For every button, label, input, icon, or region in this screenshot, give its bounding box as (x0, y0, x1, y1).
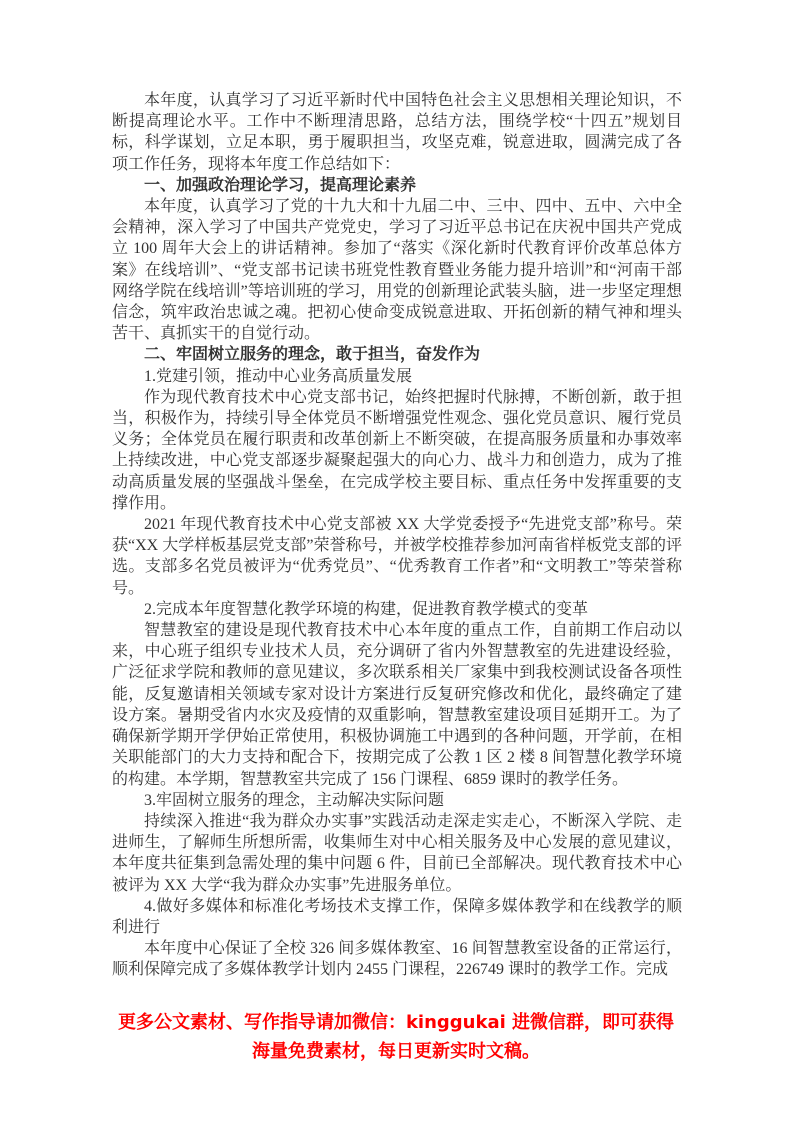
item-2-paragraph: 智慧教室的建设是现代教育技术中心本年度的重点工作，自前期工作启动以来，中心班子组… (112, 620, 682, 790)
section-1-heading: 一、加强政治理论学习，提高理论素养 (112, 175, 682, 196)
intro-paragraph: 本年度，认真学习了习近平新时代中国特色社会主义思想相关理论知识，不断提高理论水平… (112, 90, 682, 175)
promo-footer: 更多公文素材、写作指导请加微信：kinggukai 进微信群，即可获得 海量免费… (56, 1008, 736, 1066)
item-3-paragraph: 持续深入推进“我为群众办实事”实践活动走深走实走心，不断深入学院、走进师生，了解… (112, 811, 682, 896)
promo-footer-line-1: 更多公文素材、写作指导请加微信：kinggukai 进微信群，即可获得 (56, 1008, 736, 1037)
item-3-title: 3.牢固树立服务的理念，主动解决实际问题 (112, 790, 682, 811)
item-2-title: 2.完成本年度智慧化教学环境的构建，促进教育教学模式的变革 (112, 599, 682, 620)
item-1-paragraph: 作为现代教育技术中心党支部书记，始终把握时代脉搏，不断创新，敢于担当，积极作为，… (112, 387, 682, 514)
document-body: 本年度，认真学习了习近平新时代中国特色社会主义思想相关理论知识，不断提高理论水平… (112, 90, 682, 981)
section-1-paragraph: 本年度，认真学习了党的十九大和十九届二中、三中、四中、五中、六中全会精神，深入学… (112, 196, 682, 344)
item-1-title: 1.党建引领，推动中心业务高质量发展 (112, 366, 682, 387)
document-page: 本年度，认真学习了习近平新时代中国特色社会主义思想相关理论知识，不断提高理论水平… (0, 0, 793, 1122)
item-4-title: 4.做好多媒体和标准化考场技术支撑工作，保障多媒体教学和在线教学的顺利进行 (112, 896, 682, 938)
section-2-heading: 二、牢固树立服务的理念，敢于担当，奋发作为 (112, 344, 682, 365)
promo-footer-line-2: 海量免费素材，每日更新实时文稿。 (56, 1037, 736, 1066)
item-4-paragraph: 本年度中心保证了全校 326 间多媒体教室、16 间智慧教室设备的正常运行，顺利… (112, 938, 682, 980)
item-1-awards-paragraph: 2021 年现代教育技术中心党支部被 XX 大学党委授予“先进党支部”称号。荣获… (112, 514, 682, 599)
